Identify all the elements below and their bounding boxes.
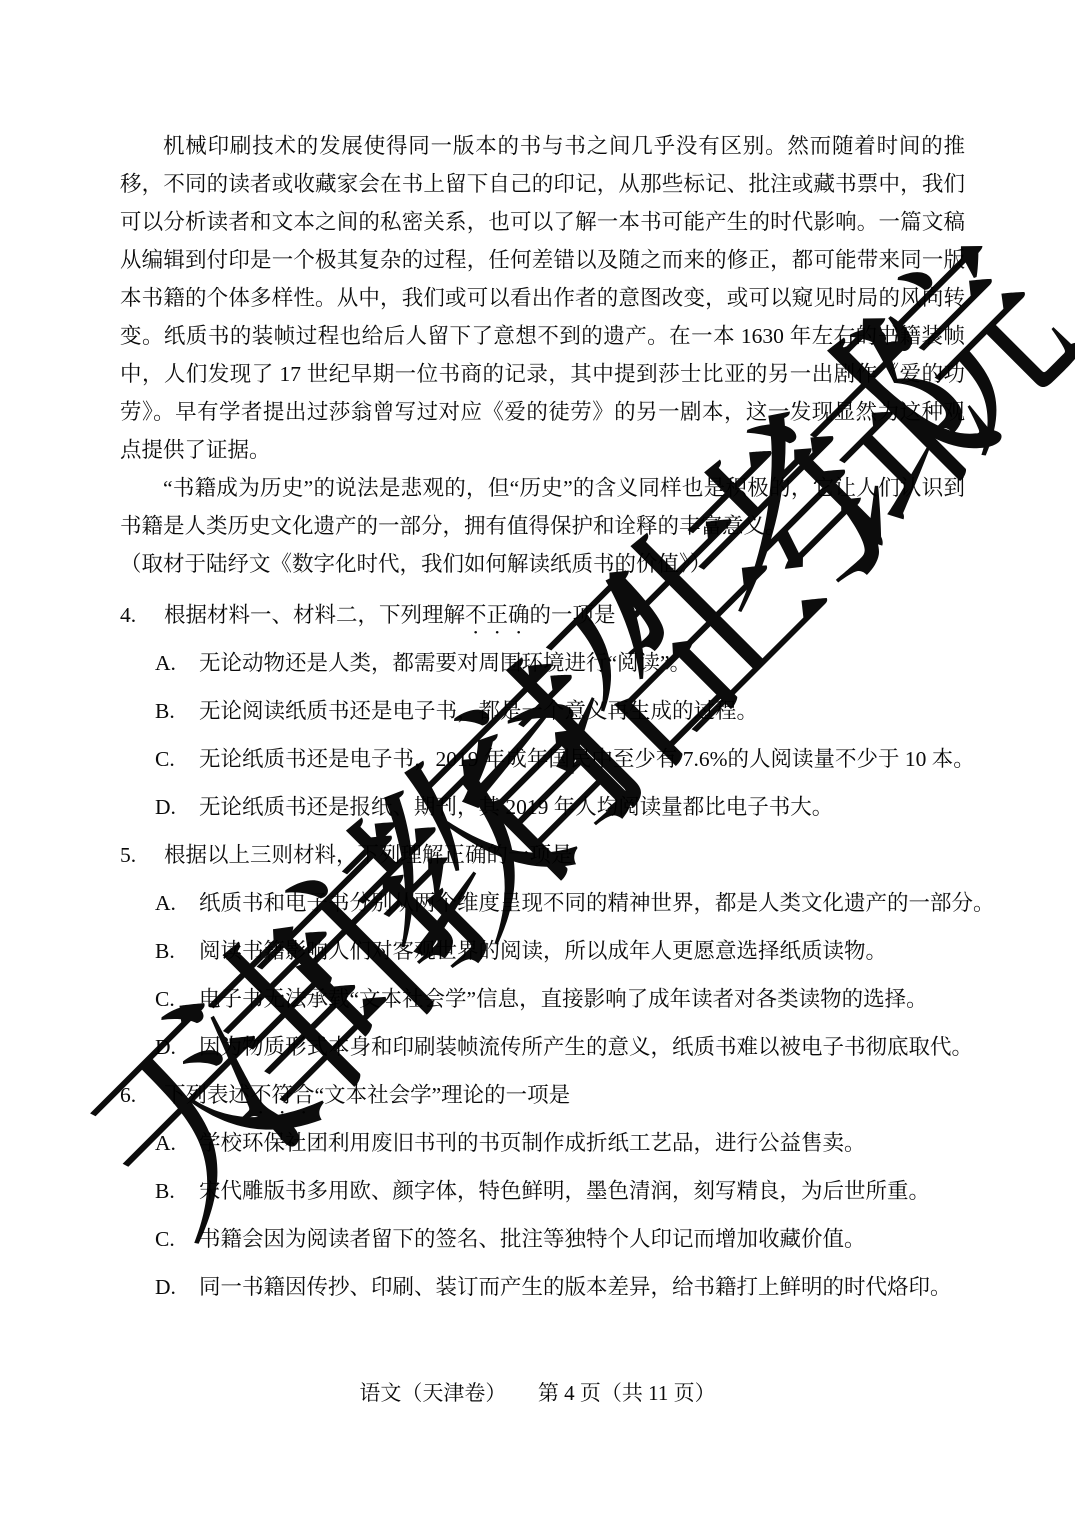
option-text: 无论纸质书还是报纸、期刊，其 2019 年人均阅读量都比电子书大。	[199, 795, 833, 819]
question-5-option-b: B.阅读书籍影响人们对客观世界的阅读，所以成年人更愿意选择纸质读物。	[155, 927, 965, 975]
question-5-option-a: A.纸质书和电子书分别从两个维度呈现不同的精神世界，都是人类文化遗产的一部分。	[155, 879, 965, 927]
question-6-option-d: D.同一书籍因传抄、印刷、装订而产生的版本差异，给书籍打上鲜明的时代烙印。	[155, 1263, 965, 1311]
question-5-number: 5.	[120, 831, 164, 879]
option-text: 同一书籍因传抄、印刷、装订而产生的版本差异，给书籍打上鲜明的时代烙印。	[199, 1275, 952, 1299]
question-6: 6.下列表述不符合“文本社会学”理论的一项是 A.学校环保社团利用废旧书刊的书页…	[120, 1071, 965, 1311]
option-label: C.	[155, 975, 199, 1023]
question-6-option-c: C.书籍会因为阅读者留下的签名、批注等独特个人印记而增加收藏价值。	[155, 1215, 965, 1263]
option-text: 学校环保社团利用废旧书刊的书页制作成折纸工艺品，进行公益售卖。	[199, 1131, 866, 1155]
page-footer: 语文（天津卷） 第 4 页（共 11 页）	[0, 1378, 1075, 1408]
question-6-stem: 6.下列表述不符合“文本社会学”理论的一项是	[120, 1071, 965, 1119]
option-label: B.	[155, 927, 199, 975]
option-label: B.	[155, 687, 199, 735]
question-5-stem: 5.根据以上三则材料，下列理解正确的一项是	[120, 831, 965, 879]
question-6-stem-post: “文本社会学”理论的一项是	[315, 1083, 571, 1107]
option-label: D.	[155, 783, 199, 831]
option-text: 无论纸质书还是电子书，2019 年成年国民中至少有 7.6%的人阅读量不少于 1…	[199, 747, 975, 771]
option-text: 书籍会因为阅读者留下的签名、批注等独特个人印记而增加收藏价值。	[199, 1227, 866, 1251]
exam-paper-page: 机械印刷技术的发展使得同一版本的书与书之间几乎没有区别。然而随着时间的推移，不同…	[0, 0, 1075, 1519]
option-text: 因为物质形式本身和印刷装帧流传所产生的意义，纸质书难以被电子书彻底取代。	[199, 1035, 973, 1059]
question-4: 4.根据材料一、材料二，下列理解不正确的一项是 A.无论动物还是人类，都需要对周…	[120, 591, 965, 831]
option-text: 阅读书籍影响人们对客观世界的阅读，所以成年人更愿意选择纸质读物。	[199, 939, 887, 963]
question-5-stem-pre: 根据以上三则材料，下列理解正确的一项是	[164, 843, 573, 867]
passage-source-attribution: （取材于陆纾文《数字化时代，我们如何解读纸质书的价值》）	[120, 545, 965, 583]
question-4-number: 4.	[120, 591, 164, 639]
option-text: 无论阅读纸质书还是电子书，都是一个意义再生成的过程。	[199, 699, 758, 723]
questions-section: 4.根据材料一、材料二，下列理解不正确的一项是 A.无论动物还是人类，都需要对周…	[120, 591, 965, 1311]
question-4-option-c: C.无论纸质书还是电子书，2019 年成年国民中至少有 7.6%的人阅读量不少于…	[155, 735, 965, 783]
question-6-number: 6.	[120, 1071, 164, 1119]
option-label: A.	[155, 879, 199, 927]
question-4-stem: 4.根据材料一、材料二，下列理解不正确的一项是	[120, 591, 965, 639]
option-label: D.	[155, 1023, 199, 1071]
question-6-option-b: B.宋代雕版书多用欧、颜字体，特色鲜明，墨色清润，刻写精良，为后世所重。	[155, 1167, 965, 1215]
question-4-option-a: A.无论动物还是人类，都需要对周围环境进行“阅读”。	[155, 639, 965, 687]
passage-paragraph-2: “书籍成为历史”的说法是悲观的，但“历史”的含义同样也是积极的，它让人们认识到书…	[120, 469, 965, 545]
question-4-option-b: B.无论阅读纸质书还是电子书，都是一个意义再生成的过程。	[155, 687, 965, 735]
page-content: 机械印刷技术的发展使得同一版本的书与书之间几乎没有区别。然而随着时间的推移，不同…	[120, 127, 965, 1311]
option-label: C.	[155, 1215, 199, 1263]
question-5: 5.根据以上三则材料，下列理解正确的一项是 A.纸质书和电子书分别从两个维度呈现…	[120, 831, 965, 1071]
option-text: 纸质书和电子书分别从两个维度呈现不同的精神世界，都是人类文化遗产的一部分。	[199, 891, 995, 915]
question-6-stem-pre: 下列表述	[164, 1083, 250, 1107]
option-text: 无论动物还是人类，都需要对周围环境进行“阅读”。	[199, 651, 691, 675]
question-4-stem-pre: 根据材料一、材料二，下列理解	[164, 603, 465, 627]
question-5-option-d: D.因为物质形式本身和印刷装帧流传所产生的意义，纸质书难以被电子书彻底取代。	[155, 1023, 965, 1071]
reading-passage: 机械印刷技术的发展使得同一版本的书与书之间几乎没有区别。然而随着时间的推移，不同…	[120, 127, 965, 583]
passage-paragraph-1: 机械印刷技术的发展使得同一版本的书与书之间几乎没有区别。然而随着时间的推移，不同…	[120, 127, 965, 469]
question-4-stem-emphasis: 不正确	[465, 603, 530, 627]
question-5-option-c: C.电子书无法承载“文本社会学”信息，直接影响了成年读者对各类读物的选择。	[155, 975, 965, 1023]
option-text: 电子书无法承载“文本社会学”信息，直接影响了成年读者对各类读物的选择。	[199, 987, 928, 1011]
option-label: A.	[155, 1119, 199, 1167]
question-6-stem-emphasis: 不符合	[250, 1083, 315, 1107]
option-label: B.	[155, 1167, 199, 1215]
option-label: A.	[155, 639, 199, 687]
option-label: D.	[155, 1263, 199, 1311]
question-6-option-a: A.学校环保社团利用废旧书刊的书页制作成折纸工艺品，进行公益售卖。	[155, 1119, 965, 1167]
question-4-stem-post: 的一项是	[530, 603, 616, 627]
question-4-option-d: D.无论纸质书还是报纸、期刊，其 2019 年人均阅读量都比电子书大。	[155, 783, 965, 831]
option-text: 宋代雕版书多用欧、颜字体，特色鲜明，墨色清润，刻写精良，为后世所重。	[199, 1179, 930, 1203]
option-label: C.	[155, 735, 199, 783]
